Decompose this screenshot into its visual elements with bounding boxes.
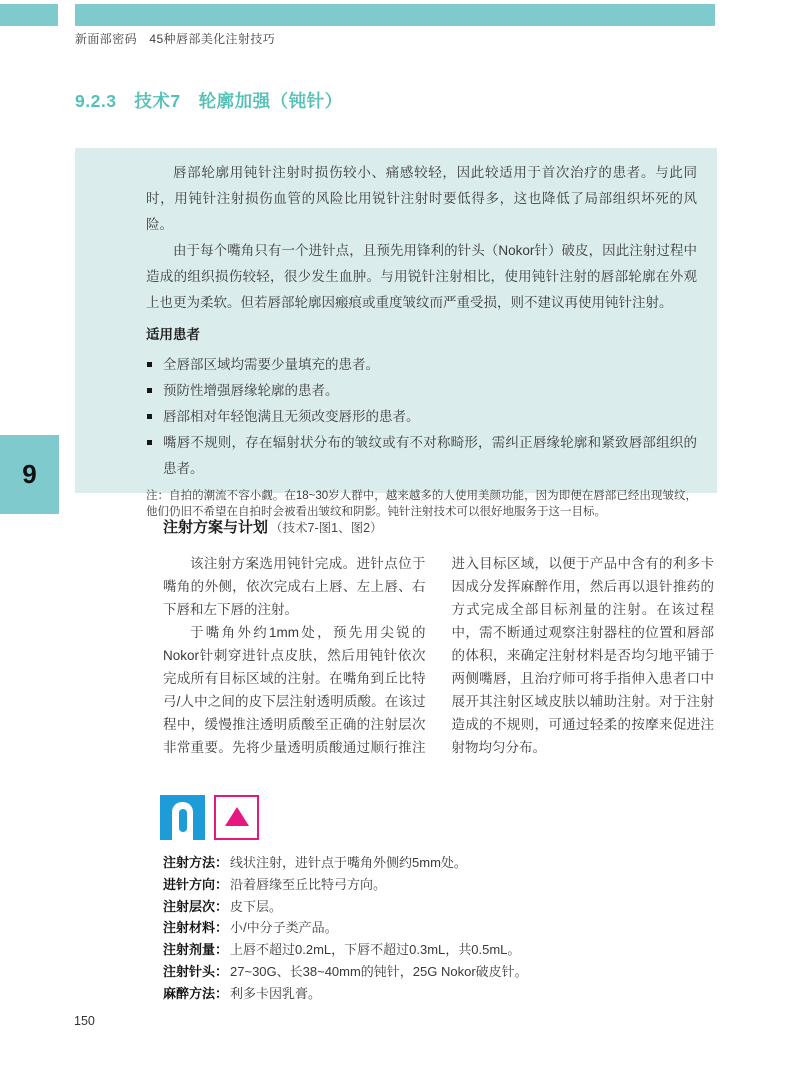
square-bullet-icon [147,440,152,445]
spec-row: 注射针头：27~30G、长38~40mm的钝针，25G Nokor破皮针。 [163,961,528,983]
spec-label: 麻醉方法： [163,986,228,1001]
book-page: 新面部密码 45种唇部美化注射技巧 9.2.3 技术7 轮廓加强（钝针） 唇部轮… [0,0,790,1072]
spec-label: 注射剂量： [163,942,228,957]
cannula-icon-hole [179,809,187,832]
spec-row: 麻醉方法：利多卡因乳膏。 [163,983,528,1005]
list-item-text: 预防性增强唇缘轮廓的患者。 [163,378,339,404]
square-bullet-icon [147,414,152,419]
spec-value: 上唇不超过0.2mL，下唇不超过0.3mL，共0.5mL。 [230,942,520,957]
list-item: 预防性增强唇缘轮廓的患者。 [146,378,697,404]
cannula-icon [160,795,205,840]
section-title: 9.2.3 技术7 轮廓加强（钝针） [75,88,343,113]
triangle-icon-shape [225,807,249,826]
two-column-body-text: 该注射方案选用钝针完成。进针点位于嘴角的外侧，依次完成右上唇、左上唇、右下唇和左… [163,552,714,759]
chapter-number: 9 [22,459,36,490]
list-item-text: 全唇部区域均需要少量填充的患者。 [163,352,379,378]
spec-value: 皮下层。 [230,899,282,914]
spec-label: 注射针头： [163,964,228,979]
chapter-number-tab: 9 [0,435,59,514]
spec-value: 小/中分子类产品。 [230,920,338,935]
list-item-text: 唇部相对年轻饱满且无须改变唇形的患者。 [163,404,420,430]
applicable-patients-list: 全唇部区域均需要少量填充的患者。 预防性增强唇缘轮廓的患者。 唇部相对年轻饱满且… [146,352,697,482]
cannula-icon-arch [172,802,193,840]
plan-heading: 注射方案与计划（技术7-图1、图2） [163,516,383,537]
header-bar-left-segment [0,4,58,26]
technique-legend [160,795,259,840]
square-bullet-icon [147,388,152,393]
spec-value: 利多卡因乳膏。 [230,986,321,1001]
applicable-patients-heading: 适用患者 [146,326,697,344]
list-item: 嘴唇不规则，存在辐射状分布的皱纹或有不对称畸形，需纠正唇缘轮廓和紧致唇部组织的患… [146,430,697,482]
spec-value: 沿着唇缘至丘比特弓方向。 [230,877,386,892]
spec-row: 注射层次：皮下层。 [163,896,528,918]
spec-row: 注射材料：小/中分子类产品。 [163,917,528,939]
plan-heading-title: 注射方案与计划 [163,519,268,536]
info-paragraph: 唇部轮廓用钝针注射时损伤较小、痛感较轻，因此较适用于首次治疗的患者。与此同时，用… [146,160,697,238]
spec-row: 进针方向：沿着唇缘至丘比特弓方向。 [163,874,528,896]
square-bullet-icon [147,362,152,367]
running-header: 新面部密码 45种唇部美化注射技巧 [75,30,275,47]
list-item-text: 嘴唇不规则，存在辐射状分布的皱纹或有不对称畸形，需纠正唇缘轮廓和紧致唇部组织的患… [163,430,697,482]
list-item: 唇部相对年轻饱满且无须改变唇形的患者。 [146,404,697,430]
spec-label: 注射材料： [163,920,228,935]
spec-row: 注射方法：线状注射，进针点于嘴角外侧约5mm处。 [163,852,528,874]
plan-heading-figure-ref: （技术7-图1、图2） [270,521,383,535]
spec-value: 27~30G、长38~40mm的钝针，25G Nokor破皮针。 [230,964,528,979]
triangle-icon [214,795,259,840]
spec-row: 注射剂量：上唇不超过0.2mL，下唇不超过0.3mL，共0.5mL。 [163,939,528,961]
list-item: 全唇部区域均需要少量填充的患者。 [146,352,697,378]
highlight-info-box: 唇部轮廓用钝针注射时损伤较小、痛感较轻，因此较适用于首次治疗的患者。与此同时，用… [75,148,717,493]
body-paragraph: 该注射方案选用钝针完成。进针点位于嘴角的外侧，依次完成右上唇、左上唇、右下唇和左… [163,552,426,621]
page-number: 150 [74,1014,95,1028]
spec-value: 线状注射，进针点于嘴角外侧约5mm处。 [230,855,467,870]
injection-spec-list: 注射方法：线状注射，进针点于嘴角外侧约5mm处。 进针方向：沿着唇缘至丘比特弓方… [163,852,528,1005]
header-bar-main-segment [75,4,715,26]
spec-label: 进针方向： [163,877,228,892]
info-paragraph: 由于每个嘴角只有一个进针点，且预先用锋利的针头（Nokor针）破皮，因此注射过程… [146,238,697,316]
spec-label: 注射方法： [163,855,228,870]
spec-label: 注射层次： [163,899,228,914]
